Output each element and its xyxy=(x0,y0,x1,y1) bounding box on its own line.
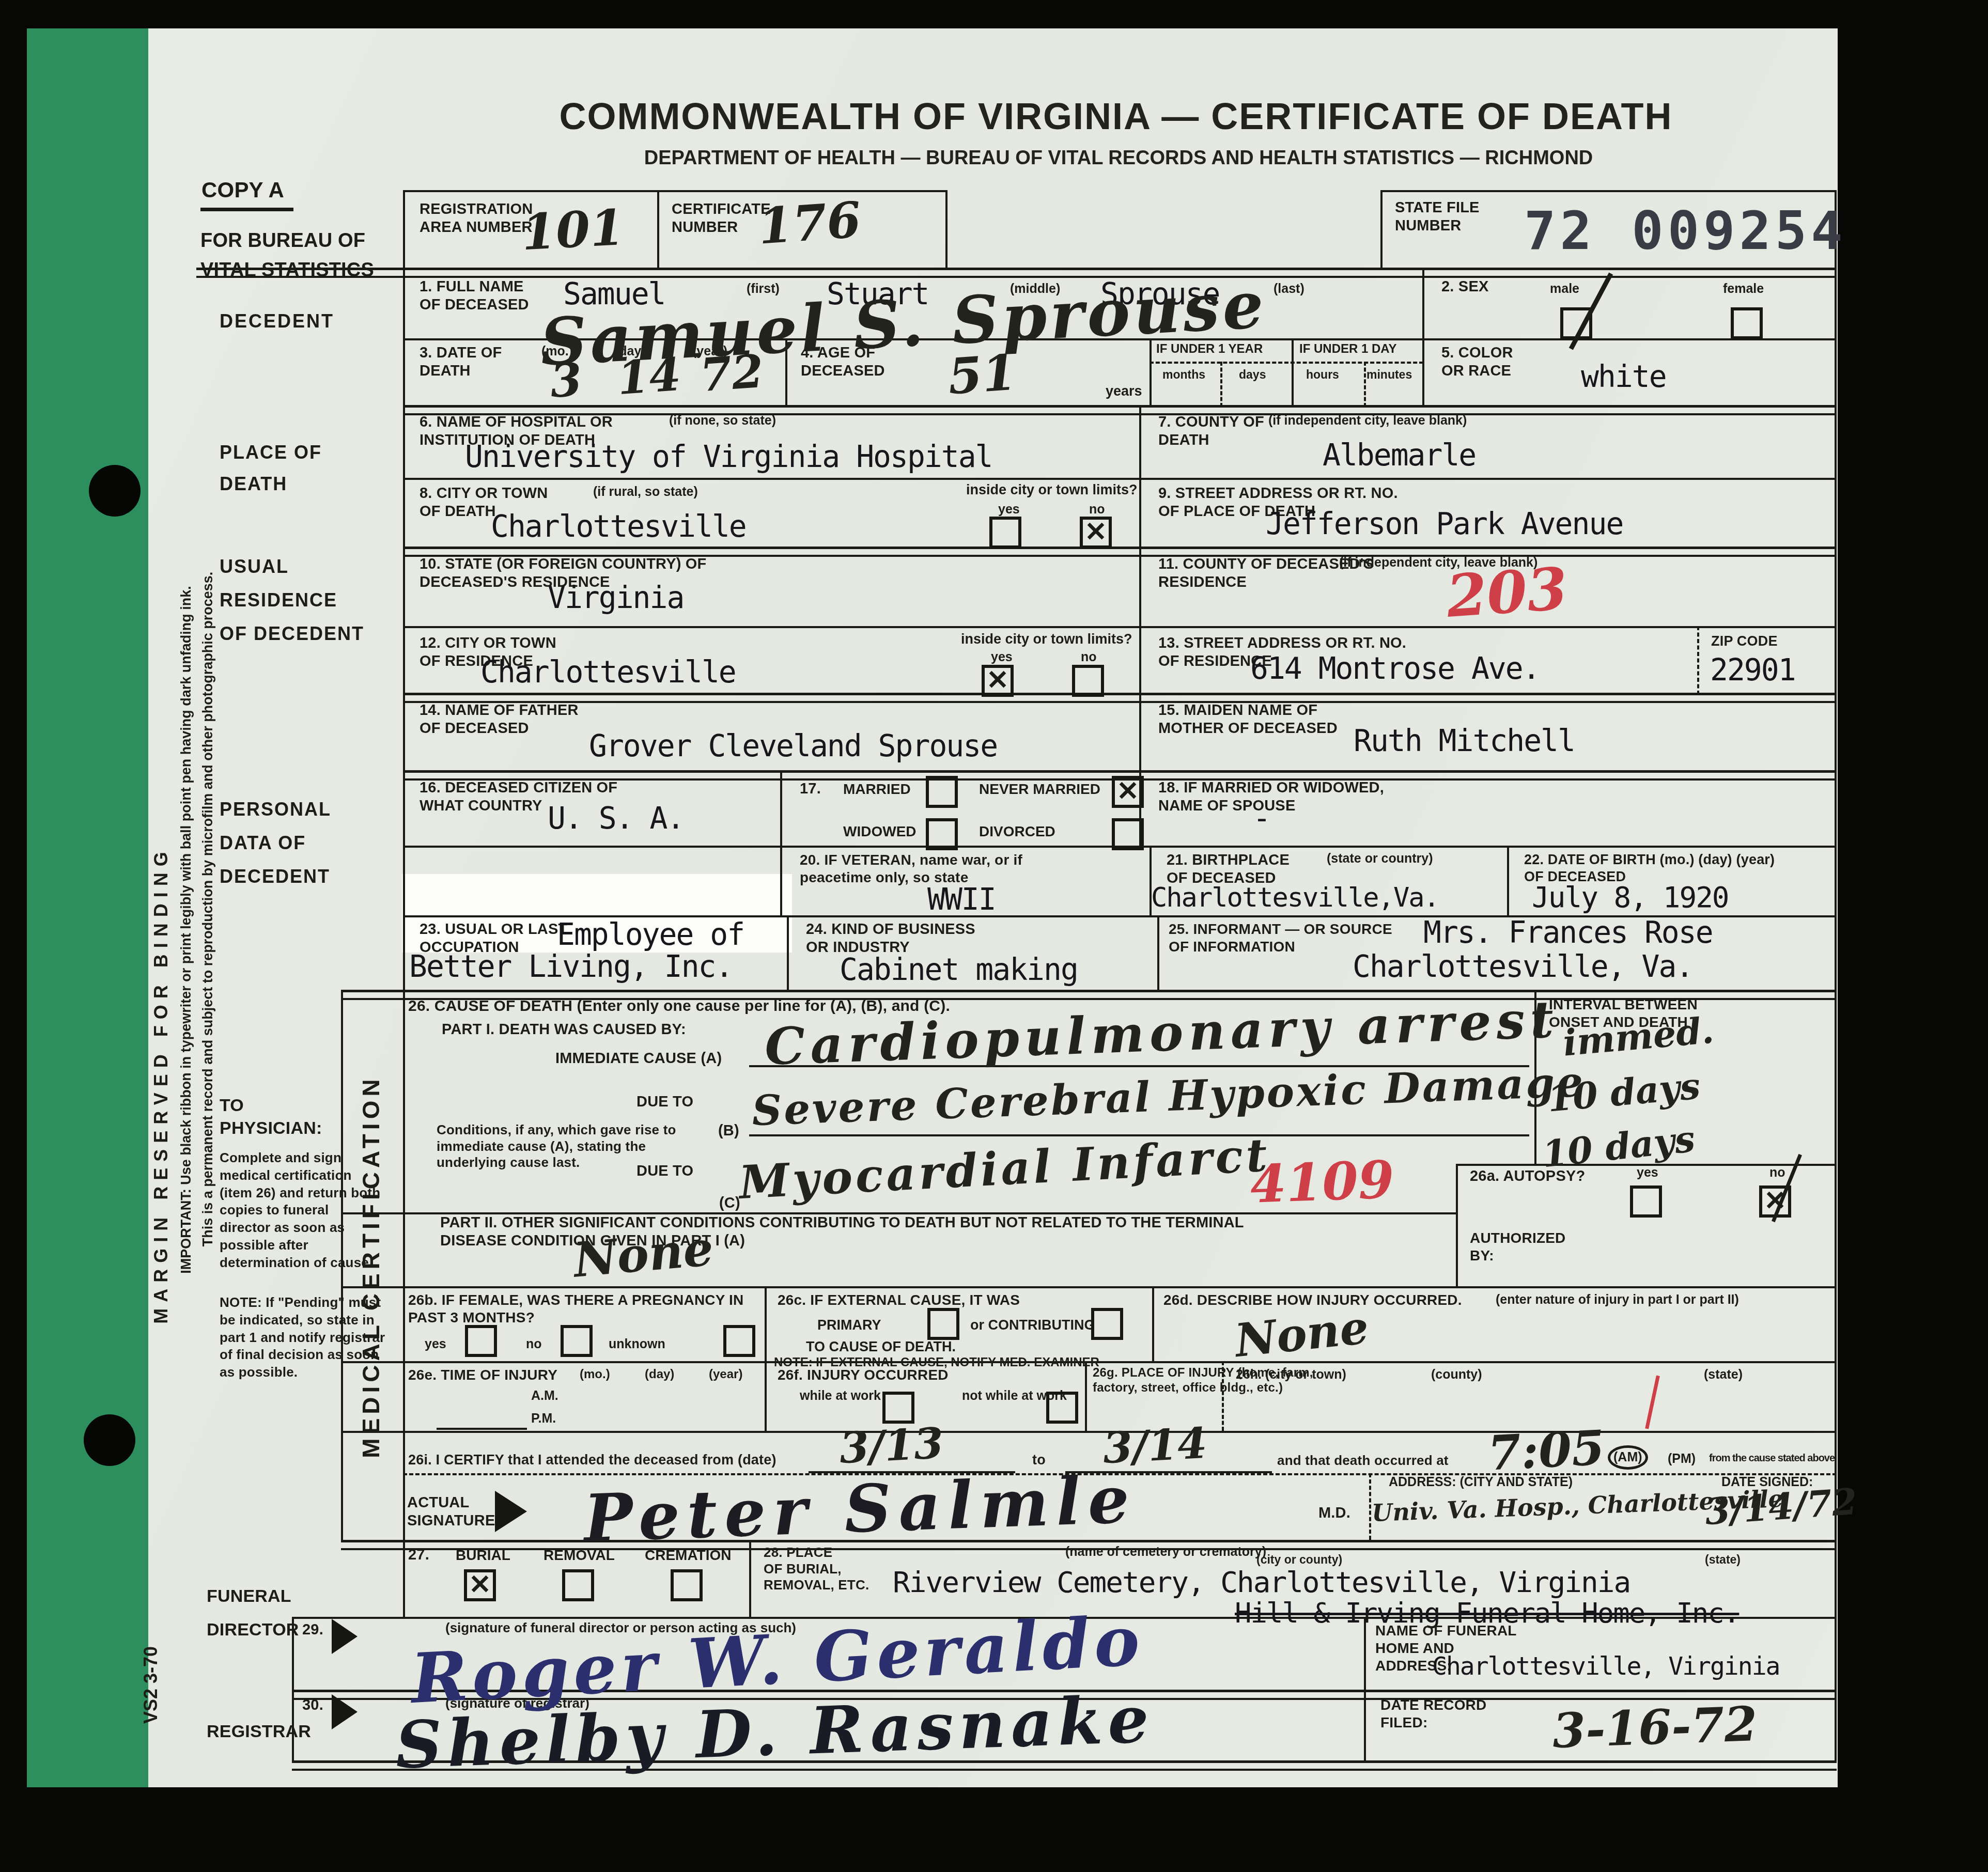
grid-line xyxy=(945,190,948,270)
am-label: A.M. xyxy=(531,1389,558,1403)
copy-underline xyxy=(200,208,293,211)
grid-line xyxy=(403,693,1837,703)
field21-hint: (state or country) xyxy=(1327,851,1433,866)
months-label: months xyxy=(1162,368,1205,382)
field1-last-hint: (last) xyxy=(1273,282,1304,297)
signature-arrow-icon xyxy=(495,1491,527,1532)
grid-line xyxy=(1422,270,1424,407)
date-signed-value: 3/14/72 xyxy=(1704,1484,1858,1530)
pregnancy-yes-checkbox xyxy=(465,1325,497,1357)
signature-arrow-icon xyxy=(332,1619,358,1654)
burial-label: BURIAL xyxy=(456,1547,510,1564)
primary-checkbox xyxy=(927,1308,959,1340)
from-cause-label: from the cause stated above xyxy=(1709,1453,1835,1464)
page-title: COMMONWEALTH OF VIRGINIA — CERTIFICATE O… xyxy=(537,96,1695,138)
field29-number: 29. xyxy=(302,1621,323,1639)
page-subtitle: DEPARTMENT OF HEALTH — BUREAU OF VITAL R… xyxy=(641,147,1596,169)
registration-area-value: 101 xyxy=(521,203,626,257)
field8-value: Charlottesville xyxy=(491,511,746,541)
field8-hint: (if rural, so state) xyxy=(593,485,698,500)
married-checkbox xyxy=(926,776,958,808)
days-label: days xyxy=(1239,368,1266,382)
cause-c-code: 4109 xyxy=(1249,1153,1395,1210)
burial-checkbox: ✕ xyxy=(464,1569,496,1601)
grid-line-dashed xyxy=(1220,362,1222,407)
margin-important-text: IMPORTANT: Use black ribbon in typewrite… xyxy=(178,586,194,1274)
due-to-2-label: DUE TO xyxy=(636,1162,693,1180)
field16-value: U. S. A. xyxy=(548,803,684,833)
divorced-label: DIVORCED xyxy=(979,823,1055,840)
injury-county-label: (county) xyxy=(1431,1367,1482,1382)
field25-value2: Charlottesville, Va. xyxy=(1353,951,1692,981)
pregnancy-label: 26b. IF FEMALE, WAS THERE A PREGNANCY IN… xyxy=(408,1291,743,1327)
grid-line xyxy=(1157,915,1159,992)
field6-hint: (if none, so state) xyxy=(669,413,776,428)
grid-line-dashed xyxy=(1697,626,1699,695)
field12-value: Charlottesville xyxy=(480,657,736,687)
grid-line xyxy=(341,1286,1837,1288)
field5-value: white xyxy=(1581,362,1666,392)
grid-line xyxy=(1139,693,1141,770)
cemetery-city-hint: (city or county) xyxy=(1256,1553,1342,1567)
field8-no-label: no xyxy=(1089,502,1105,517)
field7-hint: (if independent city, leave blank) xyxy=(1268,413,1467,428)
field4-years-label: years xyxy=(1106,383,1142,399)
pregnancy-yes-label: yes xyxy=(425,1337,446,1352)
field23-value2: Better Living, Inc. xyxy=(409,951,732,981)
zip-label: ZIP CODE xyxy=(1711,633,1778,650)
contributing-label: or CONTRIBUTING xyxy=(970,1317,1095,1333)
side-decedent: DECEDENT xyxy=(220,310,334,333)
grid-line xyxy=(403,190,948,192)
field2-female-label: female xyxy=(1723,282,1764,297)
pregnancy-no-label: no xyxy=(526,1337,542,1352)
physician-signature: Peter Salmle xyxy=(583,1467,1138,1551)
zip-value: 22901 xyxy=(1710,655,1795,685)
death-occurred-label: and that death occurred at xyxy=(1277,1453,1449,1469)
field12-no-label: no xyxy=(1081,650,1097,665)
state-file-value: 72 009254 xyxy=(1524,200,1847,262)
grid-line xyxy=(1835,190,1837,1762)
punch-hole-icon xyxy=(89,465,141,517)
field3-year-value: 72 xyxy=(698,348,765,398)
side-to-physician: TO PHYSICIAN: xyxy=(220,1094,322,1140)
certificate-number-value: 176 xyxy=(757,195,862,252)
green-binding-stripe xyxy=(27,28,148,1787)
primary-label: PRIMARY xyxy=(817,1317,881,1333)
bureau-label: FOR BUREAU OF VITAL STATISTICS xyxy=(200,226,374,285)
contributing-checkbox xyxy=(1091,1308,1123,1340)
field8-yes-label: yes xyxy=(998,502,1020,517)
field9-value: Jefferson Park Avenue xyxy=(1266,509,1623,539)
am-circled-label: (AM) xyxy=(1608,1445,1648,1470)
immediate-cause-label: IMMEDIATE CAUSE (A) xyxy=(555,1050,722,1068)
grid-line xyxy=(403,626,1837,628)
grid-line xyxy=(787,915,789,992)
actual-signature-label: ACTUAL SIGNATURE xyxy=(407,1494,495,1531)
field22-value: July 8, 1920 xyxy=(1532,883,1729,912)
grid-line xyxy=(403,478,1837,480)
certificate-number-label: CERTIFICATE NUMBER xyxy=(672,200,771,237)
field12-yes-label: yes xyxy=(991,650,1013,665)
pregnancy-no-checkbox xyxy=(561,1325,593,1357)
pregnancy-unknown-label: unknown xyxy=(609,1337,665,1352)
hours-label: hours xyxy=(1306,368,1339,382)
authorized-by-label: AUTHORIZED BY: xyxy=(1470,1229,1566,1265)
cemetery-hint: (name of cemetery or crematory) xyxy=(1065,1545,1266,1559)
pm-blank-line xyxy=(437,1428,527,1430)
injury-year-hint: (year) xyxy=(709,1367,742,1382)
grid-line-dashed xyxy=(1150,362,1423,364)
field23-value1: Employee of xyxy=(557,919,744,949)
side-usual-residence: USUAL RESIDENCE OF DECEDENT xyxy=(220,550,364,650)
field8-yes-checkbox xyxy=(989,517,1021,549)
grid-line xyxy=(780,770,782,915)
field1-label: 1. FULL NAME OF DECEASED xyxy=(420,278,529,315)
md-label: M.D. xyxy=(1318,1504,1350,1522)
to-cause-label: TO CAUSE OF DEATH. xyxy=(806,1339,956,1355)
field14-value: Grover Cleveland Sprouse xyxy=(589,731,997,761)
certify-text: 26i. I CERTIFY that I attended the decea… xyxy=(408,1452,776,1469)
injury-occurred-label: 26f. INJURY OCCURRED xyxy=(778,1366,949,1384)
field3-day-value: 14 xyxy=(616,351,682,401)
date-filed-value: 3-16-72 xyxy=(1552,1700,1758,1755)
divorced-checkbox xyxy=(1112,818,1144,850)
autopsy-yes-checkbox xyxy=(1630,1185,1662,1218)
attended-from-value: 3/13 xyxy=(838,1422,944,1470)
margin-permanent-text: This is a permanent record and subject t… xyxy=(200,572,216,1247)
pregnancy-unknown-checkbox xyxy=(723,1325,755,1357)
autopsy-no-label: no xyxy=(1769,1165,1785,1180)
field7-value: Albemarle xyxy=(1323,440,1476,470)
while-at-work-label: while at work xyxy=(800,1386,881,1406)
grid-line xyxy=(341,1431,1837,1433)
state-file-label: STATE FILE NUMBER xyxy=(1395,199,1480,236)
female-checkbox xyxy=(1731,307,1763,339)
minutes-label: minutes xyxy=(1366,368,1412,382)
not-while-at-work-checkbox xyxy=(1046,1392,1078,1424)
grid-line xyxy=(1380,190,1383,270)
date-filed-label: DATE RECORD FILED: xyxy=(1380,1696,1486,1731)
while-at-work-checkbox xyxy=(882,1392,914,1424)
field20-value: WWII xyxy=(927,884,996,914)
grid-line xyxy=(1456,1164,1458,1286)
field17-number: 17. xyxy=(800,780,821,798)
under-1-day-label: IF UNDER 1 DAY xyxy=(1299,342,1396,356)
grid-line xyxy=(403,190,405,1617)
funeral-home-city: Charlottesville, Virginia xyxy=(1432,1654,1779,1679)
injury-city-label: 26h. (city or town) xyxy=(1236,1367,1346,1382)
side-personal-data: PERSONAL DATA OF DECEDENT xyxy=(220,793,331,893)
autopsy-yes-label: yes xyxy=(1637,1165,1658,1180)
injury-state-label: (state) xyxy=(1704,1367,1743,1382)
side-pending-note: NOTE: If "Pending" must be indicated, so… xyxy=(220,1294,393,1381)
field25-value1: Mrs. Frances Rose xyxy=(1423,917,1713,947)
field14-label: 14. NAME OF FATHER OF DECEASED xyxy=(420,701,579,738)
grid-line xyxy=(403,405,1837,415)
describe-injury-value: None xyxy=(1233,1304,1371,1364)
field12-yes-checkbox: ✕ xyxy=(982,665,1014,697)
form-number: VS2 3-70 xyxy=(140,1646,162,1724)
field28-label: 28. PLACE OF BURIAL, REMOVAL, ETC. xyxy=(764,1545,869,1594)
field5-label: 5. COLOR OR RACE xyxy=(1441,344,1513,381)
widowed-checkbox xyxy=(926,818,958,850)
grid-line xyxy=(1085,1361,1087,1431)
registration-area-label: REGISTRATION AREA NUMBER xyxy=(420,200,533,237)
field24-value: Cabinet making xyxy=(840,955,1078,985)
field26-label: 26. CAUSE OF DEATH (Enter only one cause… xyxy=(408,997,950,1016)
due-to-1-label: DUE TO xyxy=(636,1093,693,1111)
death-certificate-scan: MARGIN RESERVED FOR BINDING IMPORTANT: U… xyxy=(0,0,1988,1872)
field30-number: 30. xyxy=(302,1696,323,1714)
field15-value: Ruth Mitchell xyxy=(1354,726,1575,756)
cremation-checkbox xyxy=(671,1569,703,1601)
removal-checkbox xyxy=(562,1569,594,1601)
grid-line xyxy=(765,1286,767,1431)
injury-mo-hint: (mo.) xyxy=(580,1367,610,1382)
field2-male-label: male xyxy=(1550,282,1579,297)
field8-limits-label: inside city or town limits? xyxy=(966,482,1138,498)
pm-label: P.M. xyxy=(531,1411,556,1426)
part1-label: PART I. DEATH WAS CAUSED BY: xyxy=(442,1021,686,1039)
field3-month-value: 3 xyxy=(549,356,583,404)
grid-line xyxy=(1139,407,1141,693)
widowed-label: WIDOWED xyxy=(843,823,917,840)
side-place-of-death: PLACE OF DEATH xyxy=(220,436,322,500)
field12-limits-label: inside city or town limits? xyxy=(961,631,1132,647)
field4-age-value: 51 xyxy=(946,348,1018,402)
part2-value: None xyxy=(572,1224,716,1284)
describe-injury-hint: (enter nature of injury in part I or par… xyxy=(1496,1292,1739,1307)
cemetery-value: Riverview Cemetery, Charlottesville, Vir… xyxy=(893,1568,1630,1597)
grid-line xyxy=(749,1540,751,1617)
grid-line xyxy=(1152,1286,1154,1361)
copy-label: COPY A xyxy=(201,177,284,203)
grid-line xyxy=(196,268,1837,278)
field11-value: 203 xyxy=(1445,560,1569,626)
grid-line xyxy=(1292,338,1294,407)
external-cause-label: 26c. IF EXTERNAL CAUSE, IT WAS xyxy=(778,1291,1020,1309)
punch-hole-icon xyxy=(84,1414,135,1466)
cause-c-letter: (C) xyxy=(719,1194,740,1212)
never-married-label: NEVER MARRIED xyxy=(979,781,1100,798)
field7-label: 7. COUNTY OF DEATH xyxy=(1158,413,1264,450)
cause-b-letter: (B) xyxy=(718,1122,739,1140)
field27-number: 27. xyxy=(408,1546,429,1564)
grid-line xyxy=(1364,1617,1366,1762)
field21-value: Charlottesville,Va. xyxy=(1151,884,1439,911)
field2-label: 2. SEX xyxy=(1441,278,1488,296)
field12-no-checkbox xyxy=(1072,665,1104,697)
field8-no-checkbox: ✕ xyxy=(1080,517,1112,549)
never-married-checkbox: ✕ xyxy=(1112,776,1144,808)
death-time-value: 7:05 xyxy=(1487,1424,1606,1477)
field18-label: 18. IF MARRIED OR WIDOWED, NAME OF SPOUS… xyxy=(1158,779,1384,816)
grid-line xyxy=(1507,846,1509,915)
grid-line-dashed xyxy=(1364,362,1366,407)
side-funeral-director: FUNERAL DIRECTOR xyxy=(207,1580,299,1646)
signature-arrow-icon xyxy=(332,1694,358,1729)
field13-value: 614 Montrose Ave. xyxy=(1250,653,1540,683)
margin-binding-text: MARGIN RESERVED FOR BINDING xyxy=(150,846,172,1323)
field10-value: Virginia xyxy=(548,583,684,613)
field6-value: University of Virginia Hospital xyxy=(465,442,992,472)
married-label: MARRIED xyxy=(843,781,911,798)
side-physician-note: Complete and sign medical certification … xyxy=(220,1149,382,1272)
grid-line xyxy=(1380,190,1837,192)
grid-line-dashed xyxy=(1369,1473,1371,1540)
field22-label: 22. DATE OF BIRTH (mo.) (day) (year) OF … xyxy=(1524,851,1775,885)
pm-option-label: (PM) xyxy=(1668,1452,1696,1467)
injury-day-hint: (day) xyxy=(645,1367,674,1382)
field15-label: 15. MAIDEN NAME OF MOTHER OF DECEASED xyxy=(1158,701,1338,738)
field18-value: - xyxy=(1253,803,1270,833)
grid-line xyxy=(657,190,659,270)
time-of-injury-label: 26e. TIME OF INJURY xyxy=(408,1366,557,1384)
side-registrar: REGISTRAR xyxy=(207,1721,311,1742)
cemetery-state-hint: (state) xyxy=(1705,1553,1741,1567)
field3-label: 3. DATE OF DEATH xyxy=(420,344,502,381)
part2-label: PART II. OTHER SIGNIFICANT CONDITIONS CO… xyxy=(440,1214,1244,1251)
